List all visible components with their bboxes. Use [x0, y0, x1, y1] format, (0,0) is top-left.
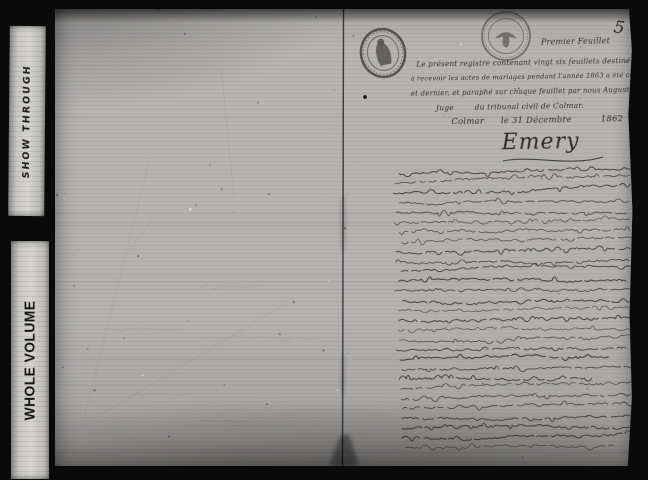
- microfilm-frame: { "film": { "top_label": "SHOW THROUGH",…: [0, 0, 648, 480]
- register-page-spread: Premier Feuillet 5 Le présent registre c…: [55, 9, 633, 466]
- certification-line-2: à recevoir les actes de mariages pendant…: [410, 70, 648, 83]
- round-seal: [482, 12, 530, 60]
- handwritten-body-lines: [393, 166, 633, 452]
- dateline-place: Colmar: [451, 117, 484, 128]
- dateline-year: 1862: [601, 114, 624, 124]
- page-vignette: [55, 9, 633, 466]
- whole-volume-label: WHOLE VOLUME: [22, 300, 39, 420]
- judge-title: Juge: [436, 103, 454, 112]
- folio-header-label: Premier Feuillet: [541, 36, 610, 46]
- signature-flourish: [503, 157, 603, 161]
- page-fold: [329, 9, 359, 466]
- certification-line-4: Juge du tribunal civil de Colmar.: [436, 101, 584, 113]
- ink-blot: [363, 95, 367, 99]
- film-label-whole-volume: WHOLE VOLUME: [11, 241, 49, 479]
- scan-streaks: [55, 117, 633, 453]
- show-through-marks: [80, 67, 323, 427]
- folio-number: 5: [612, 17, 626, 38]
- page-artwork: [55, 9, 633, 466]
- oval-stamp: [356, 25, 409, 81]
- certification-line-1: Le présent registre contenant vingt six …: [416, 56, 630, 69]
- act-heading-signature: Emery: [501, 129, 579, 155]
- gutter-shadow: [329, 434, 359, 466]
- certification-line-3: et dernier, et paraphé sur chaque feuill…: [411, 85, 648, 97]
- dust-specks: [56, 9, 619, 461]
- film-label-show-through: SHOW THROUGH: [8, 26, 46, 216]
- dateline: Colmar le 31 Décembre 1862: [451, 114, 623, 127]
- certification-block: Premier Feuillet 5 Le présent registre c…: [53, 7, 639, 474]
- dateline-date: le 31 Décembre: [501, 115, 572, 126]
- tribunal-text: du tribunal civil de Colmar.: [474, 101, 583, 112]
- show-through-label: SHOW THROUGH: [21, 63, 33, 178]
